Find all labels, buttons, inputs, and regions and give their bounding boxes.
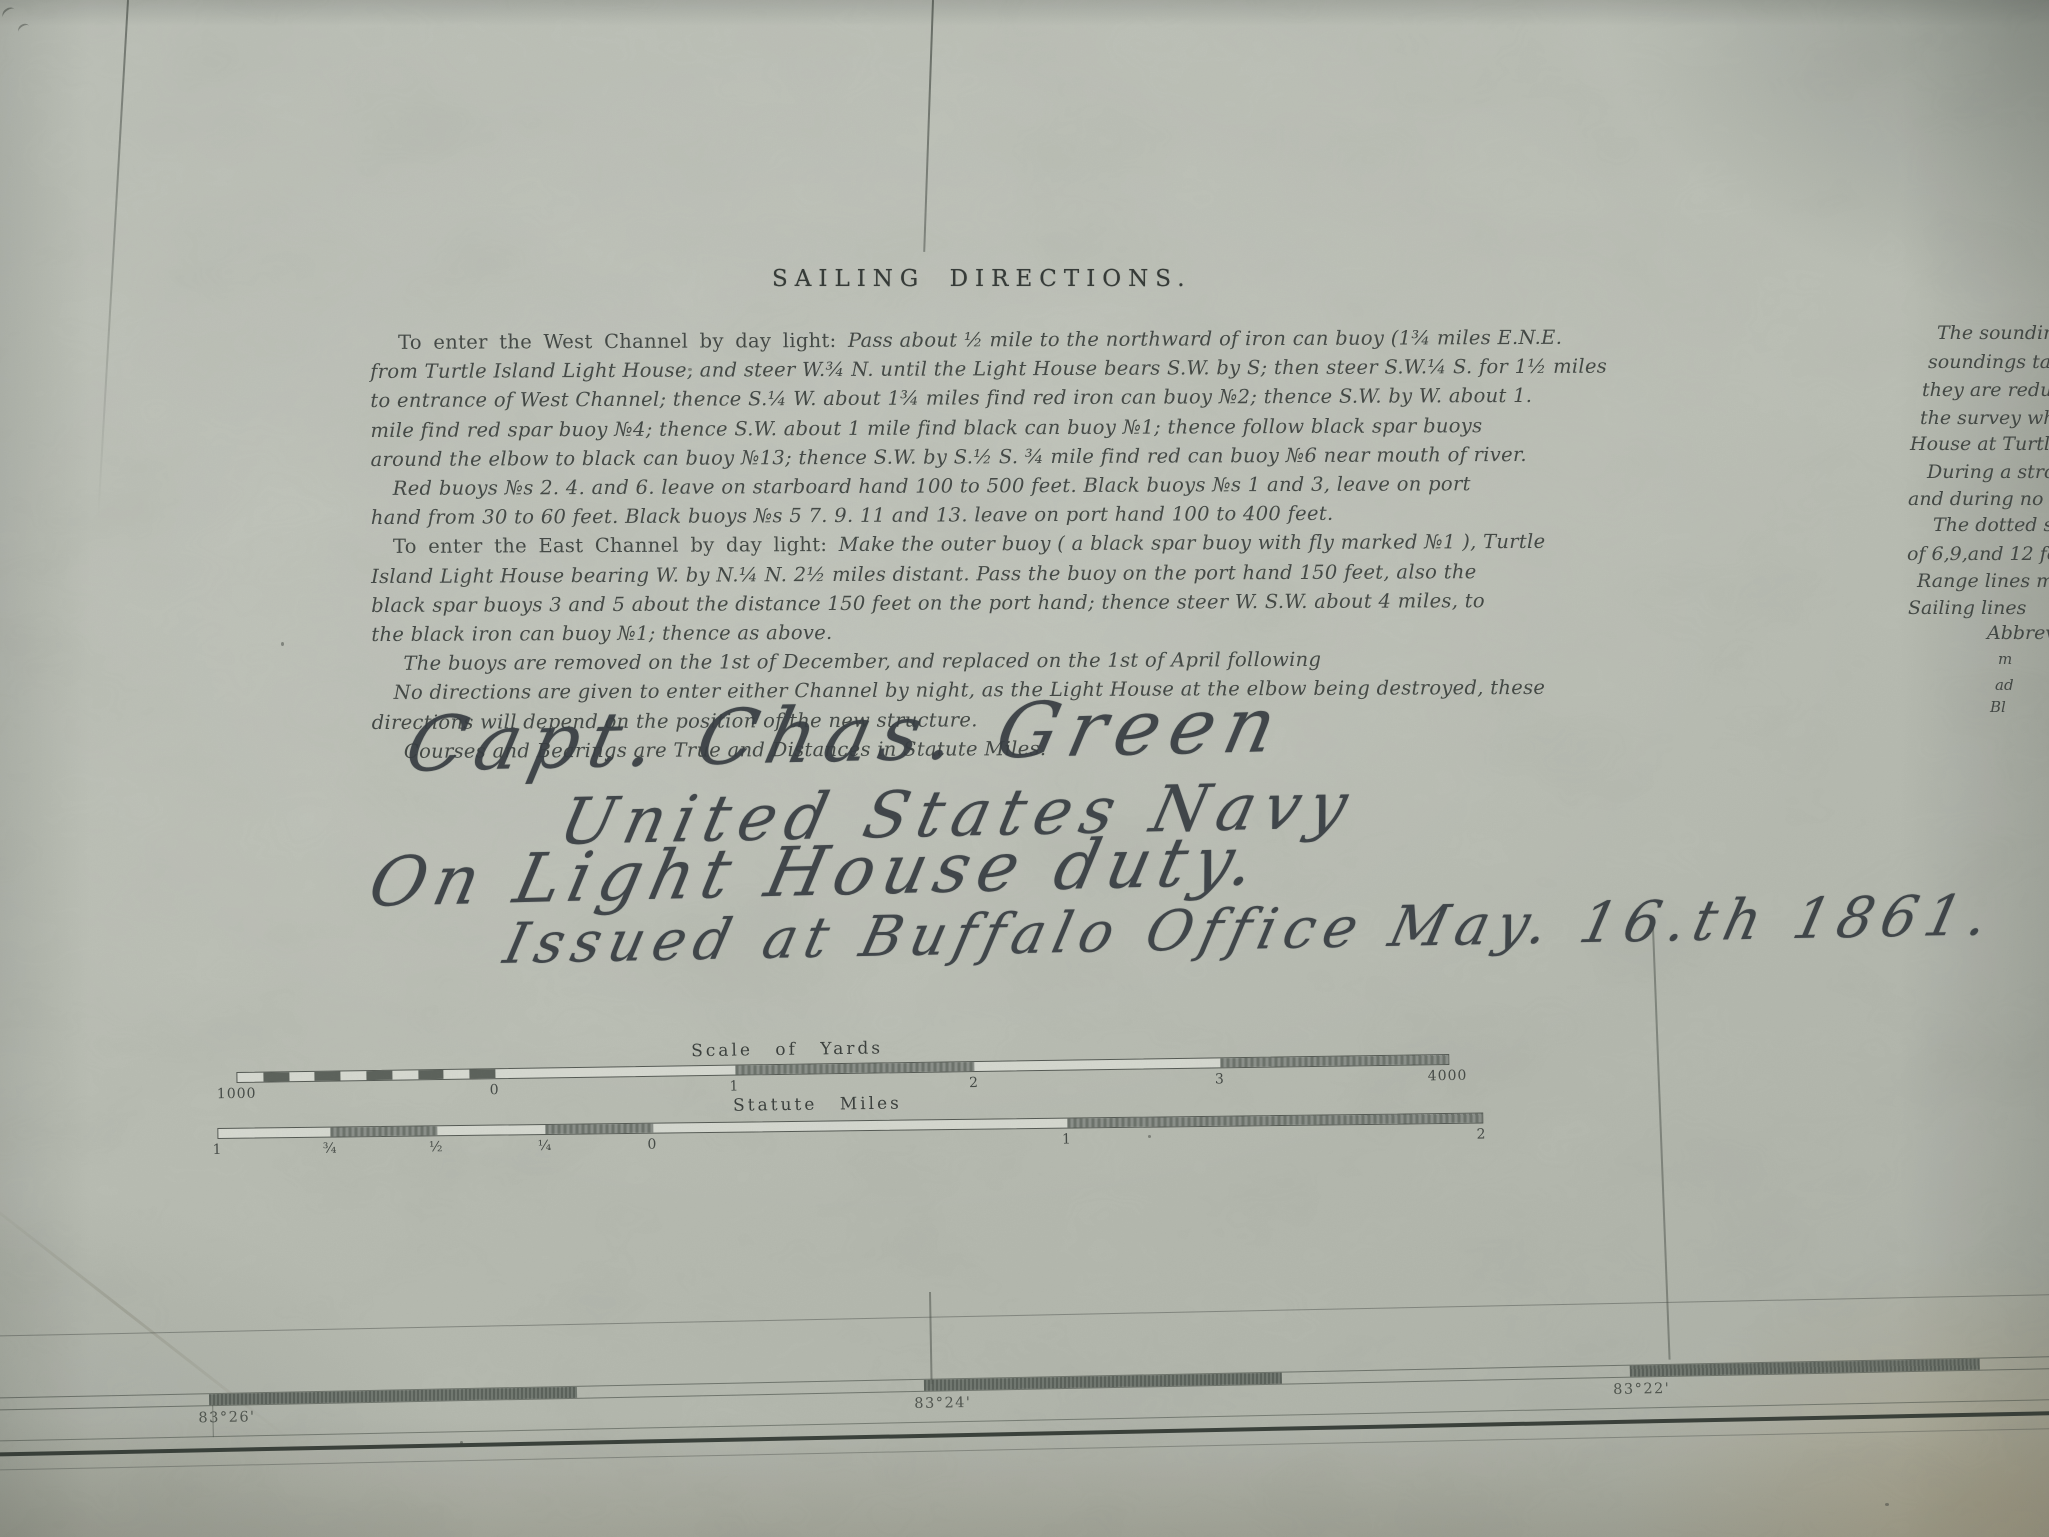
scale-tick-label: 1 xyxy=(213,1142,223,1158)
directions-text-segment: Island Light House bearing W. by N.¼ N. … xyxy=(371,560,1477,588)
longitude-label: 83°22' xyxy=(1613,1381,1670,1398)
directions-text-segment: No directions are given to enter either … xyxy=(394,676,1546,704)
scale-tick-label: ¾ xyxy=(323,1141,338,1157)
soundings-note-line: they are redu xyxy=(1922,379,2049,401)
soundings-note-line: ad xyxy=(1995,676,2014,694)
scale-tick-label: 0 xyxy=(647,1137,657,1153)
scale-shaded-segment xyxy=(1221,1055,1449,1067)
soundings-note-line: House at Turtle xyxy=(1910,433,2049,455)
soundings-note-line: Sailing lines xyxy=(1908,597,2026,619)
scale-subdivision-block xyxy=(263,1072,289,1081)
scale-tick-label: 1000 xyxy=(217,1086,257,1103)
soundings-note-cropped: The soundingsoundings takthey are reduth… xyxy=(1905,0,2049,800)
soundings-note-line: The dotted sur xyxy=(1933,514,2049,536)
directions-text-segment: Courses and Bearings are True and Distan… xyxy=(404,737,1047,763)
soundings-note-line: and during no xyxy=(1908,488,2043,510)
scale-tick-label: 4000 xyxy=(1428,1068,1468,1085)
directions-line: The buoys are removed on the 1st of Dece… xyxy=(371,644,1471,678)
directions-text-segment: around the elbow to black can buoy №13; … xyxy=(371,443,1527,471)
directions-line: To enter the East Channel by day light: … xyxy=(371,528,1471,562)
scale-of-yards-title: Scale of Yards xyxy=(691,1038,883,1061)
scale-shaded-segment xyxy=(1068,1114,1483,1128)
scale-subdivision-block xyxy=(469,1069,495,1078)
paper-speck xyxy=(1885,1503,1889,1506)
directions-line: mile find red spar buoy №4; thence S.W. … xyxy=(370,411,1470,445)
directions-text-segment: directions will depend on the position o… xyxy=(372,708,978,734)
scale-tick-label: 0 xyxy=(490,1082,500,1098)
directions-text-segment: from Turtle Island Light House, and stee… xyxy=(370,355,1607,383)
statute-miles-title: Statute Miles xyxy=(733,1094,902,1116)
scale-tick-label: ½ xyxy=(429,1139,444,1155)
scale-shaded-segment xyxy=(735,1062,975,1075)
directions-line: the black iron can buoy №1; thence as ab… xyxy=(371,615,1471,649)
soundings-note-line: The sounding xyxy=(1937,322,2049,344)
directions-line: from Turtle Island Light House, and stee… xyxy=(370,352,1470,386)
directions-text-segment: to entrance of West Channel; thence S.¼ … xyxy=(370,384,1532,412)
directions-line: No directions are given to enter either … xyxy=(372,674,1472,708)
scale-shaded-segment xyxy=(331,1126,437,1136)
scale-shaded-segment xyxy=(546,1124,654,1134)
directions-line: black spar buoys 3 and 5 about the dista… xyxy=(371,586,1471,620)
soundings-note-line: Range lines ma xyxy=(1917,570,2049,592)
directions-text-segment: hand from 30 to 60 feet. Black buoys №s … xyxy=(371,502,1334,529)
scale-tick-label: 2 xyxy=(969,1075,979,1091)
paper-mottle-texture xyxy=(0,0,2049,1537)
directions-text-segment: Red buoys №s 2. 4. and 6. leave on starb… xyxy=(393,472,1471,500)
soundings-note-line: soundings tak xyxy=(1928,351,2049,373)
soundings-note-line: m xyxy=(1998,650,2012,668)
directions-text-segment: Make the outer buoy ( a black spar buoy … xyxy=(839,530,1546,556)
sailing-directions-text: To enter the West Channel by day light: … xyxy=(370,323,1472,766)
directions-line: Island Light House bearing W. by N.¼ N. … xyxy=(371,557,1471,591)
directions-line: hand from 30 to 60 feet. Black buoys №s … xyxy=(371,498,1471,532)
longitude-label: 83°24' xyxy=(914,1395,971,1412)
directions-line: Courses and Bearings are True and Distan… xyxy=(372,732,1472,766)
scale-tick-label: 2 xyxy=(1476,1126,1486,1142)
longitude-label: 83°26' xyxy=(198,1409,255,1426)
directions-text-segment: the black iron can buoy №1; thence as ab… xyxy=(371,621,832,646)
directions-line: Red buoys №s 2. 4. and 6. leave on starb… xyxy=(371,469,1471,503)
soundings-note-line: During a stro xyxy=(1927,461,2049,483)
scale-subdivision-block xyxy=(366,1071,392,1080)
scale-tick-label: 1 xyxy=(729,1079,739,1095)
directions-line: directions will depend on the position o… xyxy=(372,703,1472,737)
directions-text-segment: To enter the East Channel by day light: xyxy=(393,533,839,558)
nautical-chart-photo: SAILING DIRECTIONS. To enter the West Ch… xyxy=(0,0,2049,1537)
directions-text-segment: black spar buoys 3 and 5 about the dista… xyxy=(371,589,1485,617)
directions-line: around the elbow to black can buoy №13; … xyxy=(371,440,1471,474)
soundings-note-line: of 6,9,and 12 fe xyxy=(1907,543,2049,565)
directions-text-segment: Pass about ½ mile to the northward of ir… xyxy=(848,326,1562,352)
soundings-note-line: Abbrevi xyxy=(1987,622,2049,644)
scale-tick-label: 3 xyxy=(1215,1071,1225,1087)
directions-text-segment: mile find red spar buoy №4; thence S.W. … xyxy=(370,414,1482,442)
paper-speck xyxy=(281,642,284,646)
directions-line: To enter the West Channel by day light: … xyxy=(370,323,1470,357)
directions-text-segment: To enter the West Channel by day light: xyxy=(398,329,848,354)
section-title: SAILING DIRECTIONS. xyxy=(772,266,1192,292)
directions-line: to entrance of West Channel; thence S.¼ … xyxy=(370,382,1470,416)
directions-text-segment: The buoys are removed on the 1st of Dece… xyxy=(403,648,1321,675)
soundings-note-line: the survey wh xyxy=(1920,407,2049,429)
scale-tick-label: 1 xyxy=(1062,1132,1072,1148)
scale-subdivision-block xyxy=(418,1070,444,1079)
soundings-note-line: Bl xyxy=(1990,698,2006,716)
top-left-pencil-marks xyxy=(2,6,36,46)
scale-subdivision-block xyxy=(315,1071,341,1080)
scale-tick-label: ¼ xyxy=(538,1138,553,1154)
